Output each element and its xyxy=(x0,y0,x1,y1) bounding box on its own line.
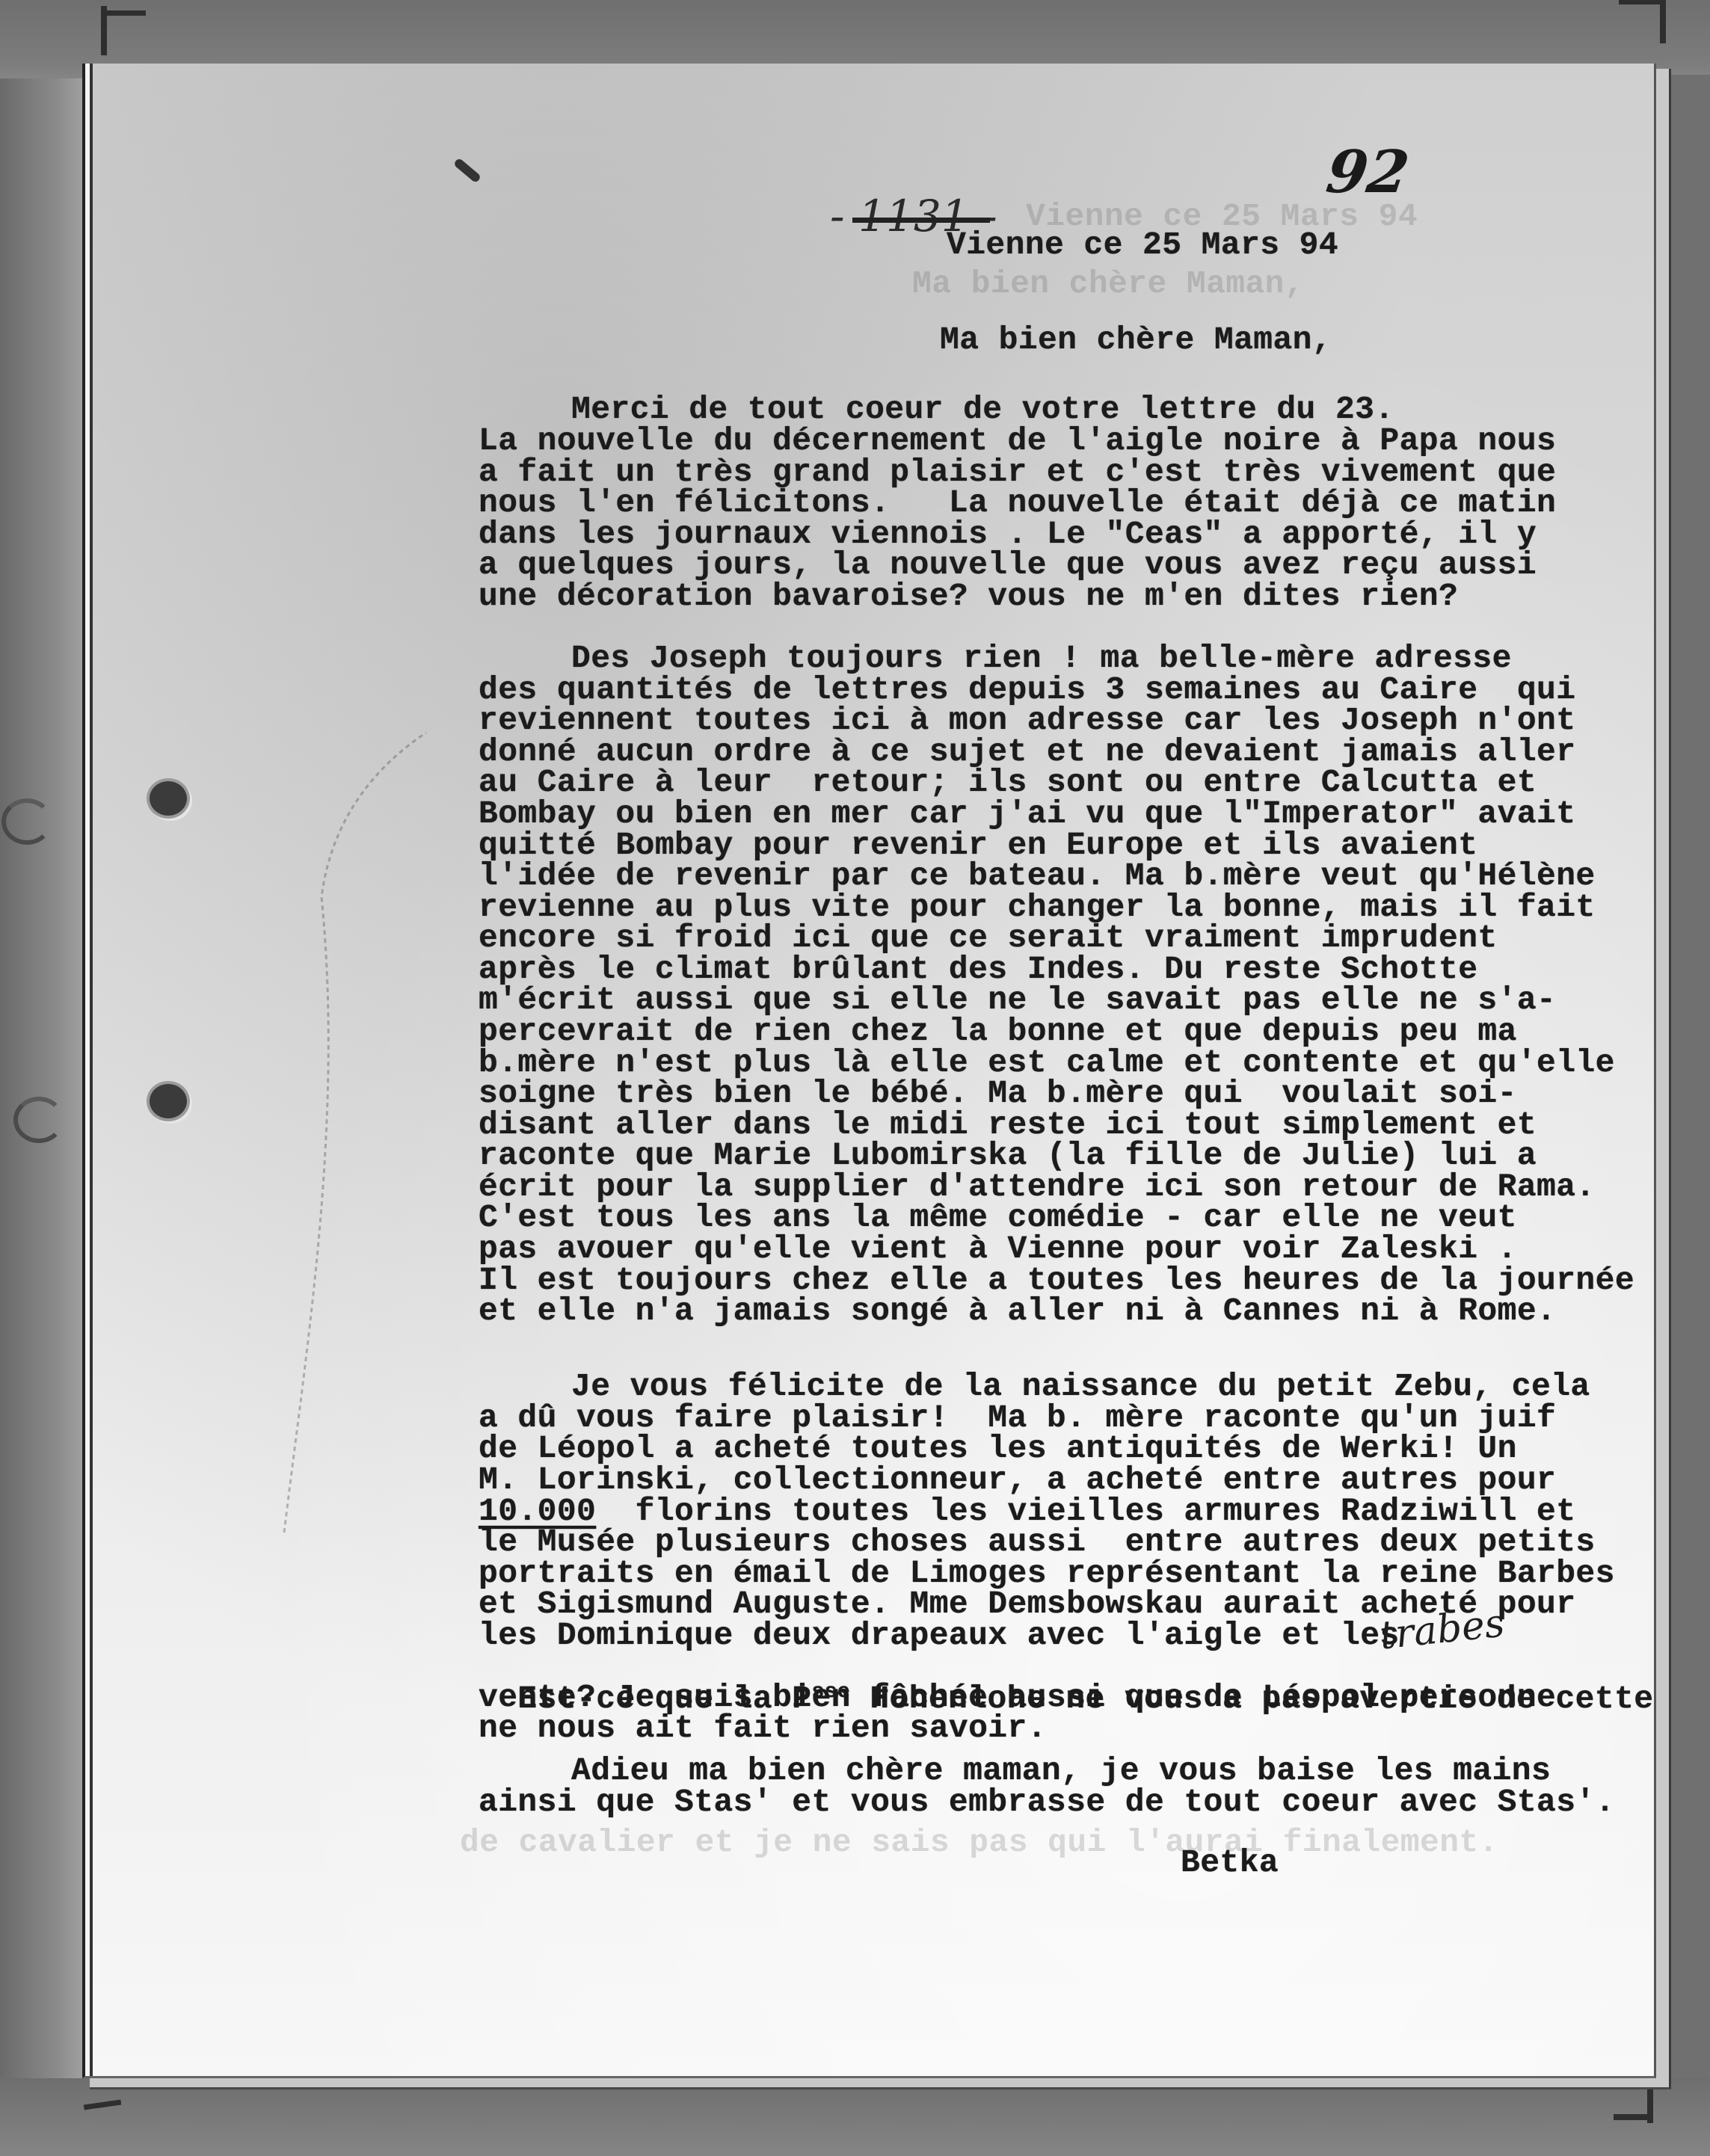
p2-line-8: l'idée de revenir par ce bateau. Ma b.mè… xyxy=(479,860,1596,892)
crop-mark-top-right-arm xyxy=(1619,0,1664,4)
p1-line-1: Merci de tout coeur de votre lettre du 2… xyxy=(571,393,1394,425)
p3-line-12: ne nous ait fait rien savoir. xyxy=(479,1712,1047,1744)
p2-line-6: Bombay ou bien en mer car j'ai vu que l"… xyxy=(479,798,1575,830)
p2-line-9: revienne au plus vite pour changer la bo… xyxy=(479,891,1596,923)
p2-line-22: et elle n'a jamais songé à aller ni à Ca… xyxy=(479,1295,1556,1327)
p3-line-7: portraits en émail de Limoges représenta… xyxy=(479,1557,1615,1589)
p2-line-4: donné aucun ordre à ce sujet et ne devai… xyxy=(479,736,1575,768)
crop-mark-bottom-right-arm xyxy=(1614,2114,1651,2120)
p2-line-5: au Caire à leur retour; ils sont ou entr… xyxy=(479,766,1537,798)
p3-line-6: le Musée plusieurs choses aussi entre au… xyxy=(479,1526,1596,1558)
binder-ring-upper xyxy=(1,798,52,845)
p1-line-6: a quelques jours, la nouvelle que vous a… xyxy=(479,549,1537,581)
p3-line-11: vente? Je suis bien fâchée aussi que de … xyxy=(479,1681,1556,1713)
p2-line-1: Des Joseph toujours rien ! ma belle-mère… xyxy=(571,642,1512,674)
p3-line-3: de Léopol a acheté toutes les antiquités… xyxy=(479,1432,1517,1464)
crop-mark-top-right xyxy=(1660,0,1666,43)
p3-line-9: les Dominique deux drapeaux avec l'aigle… xyxy=(479,1619,1419,1651)
scan-background-right xyxy=(1669,75,1710,2156)
p2-line-20: pas avouer qu'elle vient à Vienne pour v… xyxy=(479,1233,1517,1265)
p1-line-2: La nouvelle du décernement de l'aigle no… xyxy=(479,425,1556,457)
p2-line-3: reviennent toutes ici à mon adresse car … xyxy=(479,704,1575,736)
p3-line-4: M. Lorinski, collectionneur, a acheté en… xyxy=(479,1464,1556,1496)
signature: Betka xyxy=(1181,1847,1279,1879)
p2-line-21: Il est toujours chez elle a toutes les h… xyxy=(479,1264,1634,1296)
p1-line-5: dans les journaux viennois . Le "Ceas" a… xyxy=(479,518,1537,550)
p2-line-10: encore si froid ici que ce serait vraime… xyxy=(479,922,1498,954)
p3-line-5: florins toutes les vieilles armures Radz… xyxy=(479,1495,1575,1527)
p2-line-18: écrit pour la supplier d'attendre ici so… xyxy=(479,1171,1596,1203)
p2-line-14: b.mère n'est plus là elle est calme et c… xyxy=(479,1047,1615,1079)
p2-line-16: disant aller dans le midi reste ici tout… xyxy=(479,1109,1537,1141)
dateline: Vienne ce 25 Mars 94 xyxy=(947,229,1338,261)
p2-line-12: m'écrit aussi que si elle ne le savait p… xyxy=(479,984,1556,1016)
p2-line-11: après le climat brûlant des Indes. Du re… xyxy=(479,953,1477,985)
p3-line-2: a dû vous faire plaisir! Ma b. mère raco… xyxy=(479,1402,1556,1434)
binder-ring-lower xyxy=(13,1097,64,1143)
p2-line-17: raconte que Marie Lubomirska (la fille d… xyxy=(479,1139,1537,1171)
scan-background-bottom xyxy=(0,2078,1710,2156)
crop-mark-top-left-arm xyxy=(101,10,146,16)
p1-line-7: une décoration bavaroise? vous ne m'en d… xyxy=(479,580,1458,612)
strikethrough-line xyxy=(852,218,990,223)
p2-line-13: percevrait de rien chez la bonne et que … xyxy=(479,1015,1517,1047)
salutation: Ma bien chère Maman, xyxy=(940,324,1332,356)
closing-line-2: ainsi que Stas' et vous embrasse de tout… xyxy=(479,1786,1615,1818)
p2-line-2: des quantités de lettres depuis 3 semain… xyxy=(479,674,1575,706)
p2-line-15: soigne très bien le bébé. Ma b.mère qui … xyxy=(479,1077,1517,1109)
p3-line-1: Je vous félicite de la naissance du peti… xyxy=(571,1370,1590,1402)
p2-line-7: quitté Bombay pour revenir en Europe et … xyxy=(479,829,1477,861)
p1-line-4: nous l'en félicitons. La nouvelle était … xyxy=(479,487,1556,519)
bleed-through-closing: de cavalier et je ne sais pas qui l'aura… xyxy=(460,1824,1498,1861)
bleed-through-salutation: Ma bien chère Maman, xyxy=(912,265,1304,302)
p2-line-19: C'est tous les ans la même comédie - car… xyxy=(479,1201,1517,1233)
scan-background-left xyxy=(0,78,93,2097)
closing-line-1: Adieu ma bien chère maman, je vous baise… xyxy=(571,1755,1551,1787)
folio-number: 92 xyxy=(1323,138,1413,206)
p1-line-3: a fait un très grand plaisir et c'est tr… xyxy=(479,456,1556,488)
